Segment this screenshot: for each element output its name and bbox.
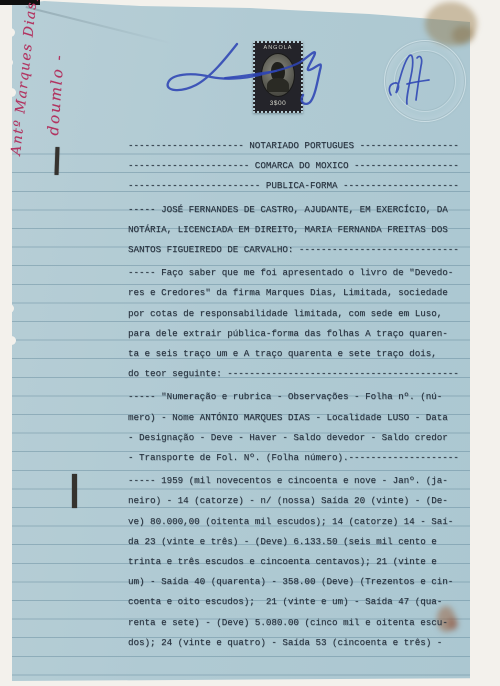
typed-line: SANTOS FIGUEIREDO DE CARVALHO: ---------… bbox=[128, 240, 468, 260]
torn-edge bbox=[4, 58, 13, 67]
paper-crease bbox=[26, 6, 172, 44]
stamp-country-label: ANGOLA bbox=[264, 45, 293, 51]
typed-line: ta e seis traço um e A traço quarenta e … bbox=[128, 344, 468, 364]
embossed-seal bbox=[384, 40, 466, 122]
torn-edge bbox=[6, 28, 15, 37]
paper-stain bbox=[452, 26, 474, 44]
revenue-stamp: ANGOLA 3$00 bbox=[253, 41, 303, 113]
typed-line: ----- 1959 (mil novecentos e cincoenta e… bbox=[128, 471, 468, 491]
typed-line: dos); 24 (vinte e quatro) - Saída 53 (ci… bbox=[128, 633, 468, 653]
typed-line: ve) 80.000,00 (oitenta mil escudos); 14 … bbox=[128, 512, 468, 532]
typed-line: renta e sete) - (Deve) 5.080.00 (cinco m… bbox=[128, 613, 468, 633]
typed-text-block: --------------------- NOTARIADO PORTUGUE… bbox=[128, 136, 468, 653]
stamp-value-label: 3$00 bbox=[270, 100, 286, 107]
typed-line: neiro) - 14 (catorze) - n/ (nossa) Saída… bbox=[128, 491, 468, 511]
scanned-notarial-document: ANGOLA 3$00 Antº Marques Dias, doumlo - … bbox=[0, 0, 500, 686]
typed-line: - Transporte de Fol. Nº. (Folha número).… bbox=[128, 448, 468, 468]
typed-line: res e Credores" da firma Marques Dias, L… bbox=[128, 283, 468, 303]
typed-line: para dele extrair pública-forma das folh… bbox=[128, 324, 468, 344]
typed-line: da 23 (vinte e três) - (Deve) 6.133.50 (… bbox=[128, 532, 468, 552]
typed-line: do teor seguinte: ----------------------… bbox=[128, 364, 468, 384]
typed-line: coenta e oito escudos); 21 (vinte e um) … bbox=[128, 592, 468, 612]
torn-edge bbox=[7, 336, 16, 345]
stamp-portrait bbox=[261, 53, 295, 97]
typed-line: ----- "Numeração e rubrica - Observações… bbox=[128, 387, 468, 407]
typed-line: trinta e três escudos e cincoenta centav… bbox=[128, 552, 468, 572]
typed-line: ----- Faço saber que me foi apresentado … bbox=[128, 263, 468, 283]
typed-line: NOTÁRIA, LICENCIADA EM DIREITO, MARIA FE… bbox=[128, 220, 468, 240]
torn-edge bbox=[5, 304, 14, 313]
typed-line: mero) - Nome ANTÓNIO MARQUES DIAS - Loca… bbox=[128, 408, 468, 428]
staple bbox=[72, 474, 77, 508]
typed-line: um) - Saída 40 (quarenta) - 358.00 (Deve… bbox=[128, 572, 468, 592]
typed-line: ---------------------- COMARCA DO MOXICO… bbox=[128, 156, 468, 176]
typed-line: - Designação - Deve - Haver - Saldo deve… bbox=[128, 428, 468, 448]
typed-line: por cotas de responsabilidade limitada, … bbox=[128, 304, 468, 324]
typed-line: --------------------- NOTARIADO PORTUGUE… bbox=[128, 136, 468, 156]
typed-line: ----- JOSÉ FERNANDES DE CASTRO, AJUDANTE… bbox=[128, 200, 468, 220]
typed-line: ------------------------ PUBLICA-FORMA -… bbox=[128, 176, 468, 196]
stamp-portrait-bust bbox=[267, 78, 289, 92]
